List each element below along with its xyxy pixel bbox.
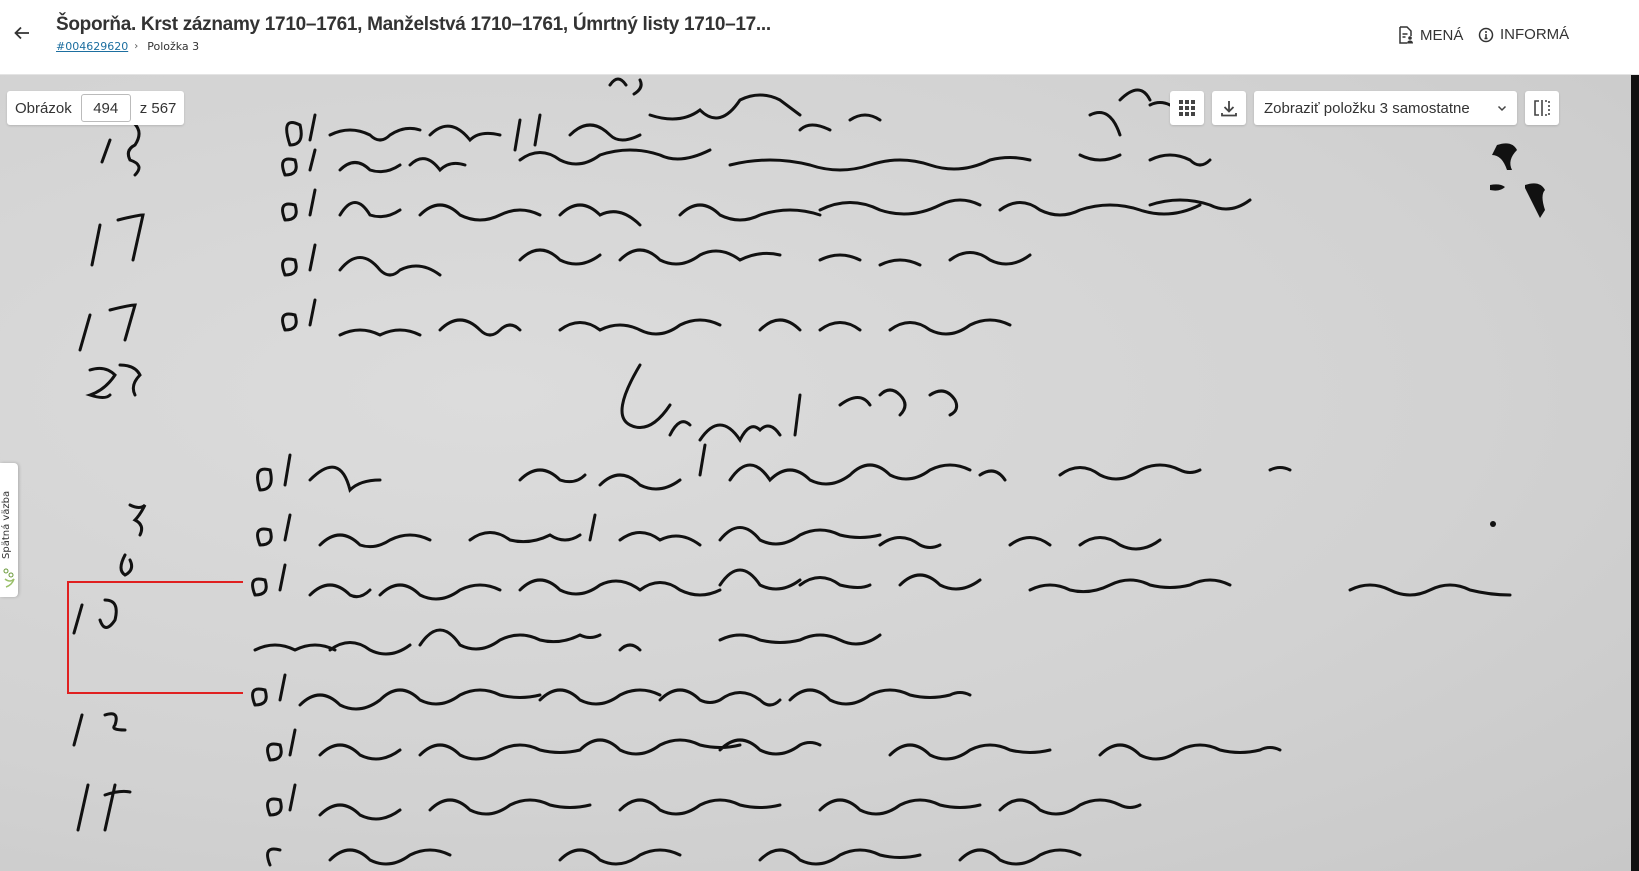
info-button[interactable]: INFORMÁ bbox=[1478, 26, 1569, 43]
breadcrumb: #004629620 › Položka 3 bbox=[56, 40, 199, 53]
chevron-down-icon bbox=[1497, 103, 1507, 113]
split-view-button[interactable] bbox=[1525, 91, 1559, 125]
grid-view-button[interactable] bbox=[1170, 91, 1204, 125]
handwriting-strokes bbox=[0, 75, 1639, 871]
image-total: z 567 bbox=[140, 100, 177, 117]
names-label: MENÁ bbox=[1420, 27, 1463, 44]
image-number-input[interactable] bbox=[81, 94, 131, 122]
page-title: Šoporňa. Krst záznamy 1710–1761, Manžels… bbox=[56, 14, 771, 36]
image-counter: Obrázok z 567 bbox=[7, 91, 184, 125]
manuscript-image[interactable] bbox=[0, 75, 1639, 871]
grid-icon bbox=[1178, 99, 1196, 117]
document-person-icon bbox=[1398, 26, 1414, 44]
names-button[interactable]: MENÁ bbox=[1398, 26, 1463, 44]
feedback-label: Spätná väzba bbox=[1, 491, 12, 559]
view-mode-value: Zobraziť položku 3 samostatne bbox=[1264, 100, 1470, 117]
page-edge bbox=[1631, 75, 1639, 871]
arrow-left-icon bbox=[12, 23, 32, 43]
record-id-link[interactable]: #004629620 bbox=[56, 40, 128, 53]
download-icon bbox=[1220, 99, 1238, 117]
image-viewer[interactable]: Obrázok z 567 Zobraziť položku 3 samosta… bbox=[0, 75, 1639, 871]
image-counter-label: Obrázok bbox=[15, 100, 72, 117]
feedback-icon bbox=[2, 567, 16, 589]
info-icon bbox=[1478, 27, 1494, 43]
back-button[interactable] bbox=[10, 21, 34, 45]
view-mode-select[interactable]: Zobraziť položku 3 samostatne bbox=[1254, 91, 1517, 125]
breadcrumb-separator: › bbox=[134, 41, 138, 52]
info-label: INFORMÁ bbox=[1500, 26, 1569, 43]
download-button[interactable] bbox=[1212, 91, 1246, 125]
feedback-tab[interactable]: Spätná väzba bbox=[0, 463, 18, 597]
highlight-box bbox=[67, 581, 243, 694]
split-view-icon bbox=[1533, 99, 1551, 117]
header: Šoporňa. Krst záznamy 1710–1761, Manžels… bbox=[0, 0, 1639, 75]
breadcrumb-item: Položka 3 bbox=[147, 40, 199, 53]
